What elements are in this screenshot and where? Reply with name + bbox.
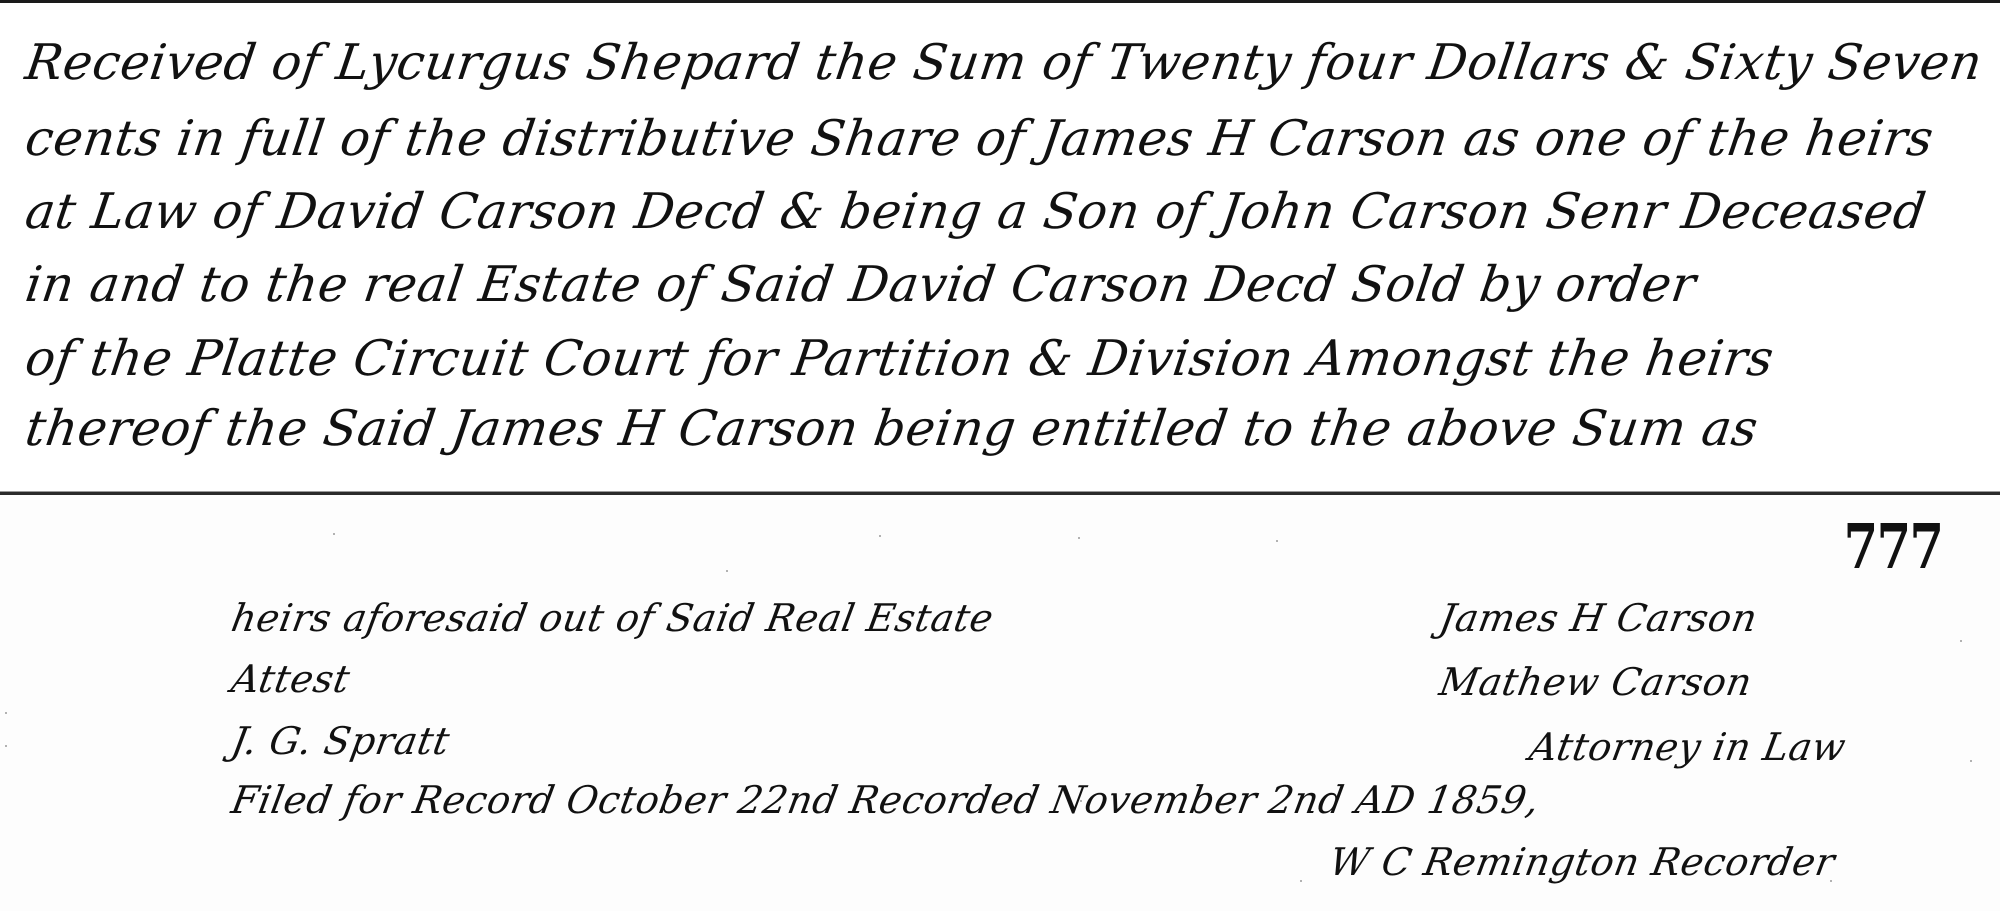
closing-text: heirs aforesaid out of Said Real Estate [228,596,997,640]
signature-mathew-carson: Mathew Carson [1436,660,1755,704]
body-text-line-2: cents in full of the distributive Share … [22,111,1937,167]
attest-label: Attest [228,657,353,701]
body-text-line-5: of the Platte Circuit Court for Partitio… [22,331,1777,387]
paper-speck [1276,540,1278,542]
body-text-line-3: at Law of David Carson Decd & being a So… [22,184,1929,240]
body-text-line-1: Received of Lycurgus Shepard the Sum of … [22,35,1986,91]
paper-speck [1960,640,1962,642]
paper-speck [5,712,7,714]
recorder-signature: W C Remington Recorder [1326,840,1838,884]
signature-james-carson: James H Carson [1436,596,1761,640]
body-text-line-6: thereof the Said James H Carson being en… [22,401,1761,457]
document-top-panel: Received of Lycurgus Shepard the Sum of … [0,3,2000,492]
filing-note: Filed for Record October 22nd Recorded N… [228,778,1543,822]
signer-title: Attorney in Law [1526,725,1849,769]
witness-signature: J. G. Spratt [228,719,453,763]
paper-speck [1830,880,1832,882]
paper-speck [879,535,881,537]
paper-speck [1300,880,1302,882]
paper-speck [1080,800,1082,802]
paper-speck [333,533,335,535]
paper-speck [5,745,7,747]
page-number: 777 [1843,510,1942,583]
paper-speck [1078,537,1080,539]
paper-speck [1970,760,1972,762]
paper-speck [726,570,728,572]
body-text-line-4: in and to the real Estate of Said David … [22,257,1699,313]
